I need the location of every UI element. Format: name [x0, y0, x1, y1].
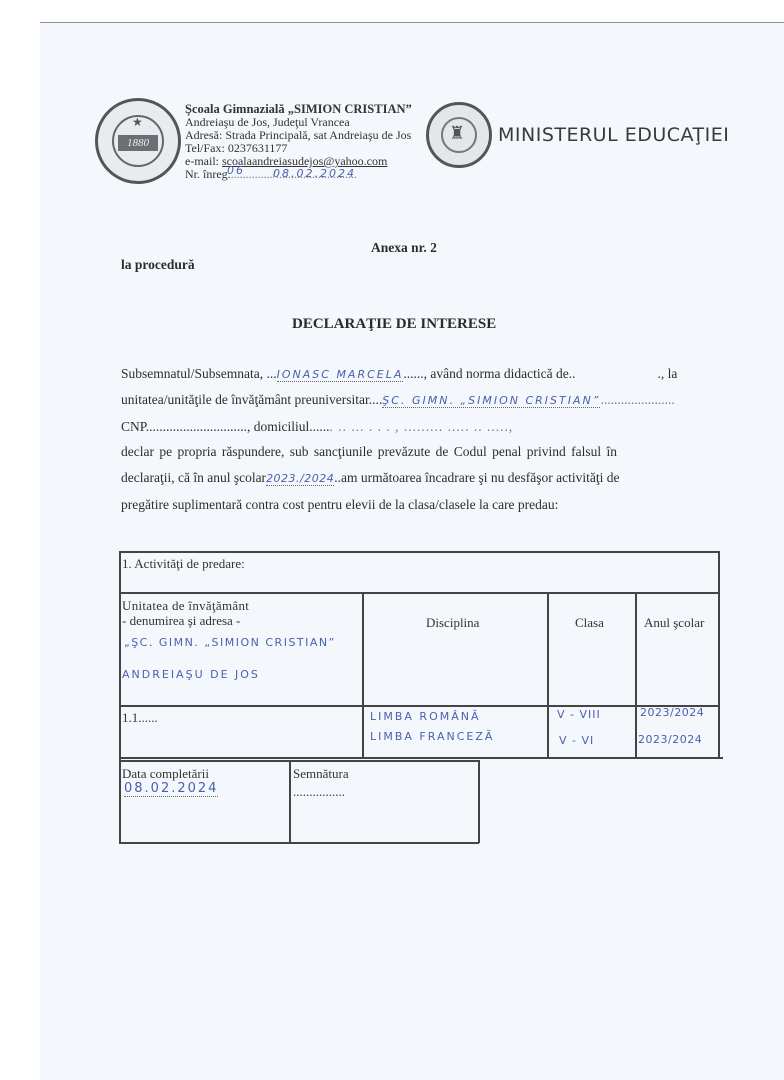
unit-address-handwritten: ANDREIAŞU DE JOS [122, 668, 260, 681]
table-border-bottom [119, 842, 479, 844]
declaration-text: Subsemnatul/Subsemnata, ... [121, 366, 277, 381]
teaching-unit: ŞC. GIMN. „SIMION CRISTIAN” [382, 394, 600, 408]
reg-label: Nr. înreg. [185, 167, 231, 181]
declaration-line-4: declar pe propria răspundere, sub sancţi… [121, 444, 617, 460]
declaration-line-3: CNP.............................., domic… [121, 419, 513, 435]
declaration-line-1: Subsemnatul/Subsemnata, ...IONASC MARCEL… [121, 366, 677, 382]
completion-date: 08.02.2024 [124, 781, 218, 797]
declarant-name: IONASC MARCELA [277, 368, 404, 382]
declaration-text: ..am următoarea încadrare şi nu desfăşor… [334, 470, 619, 485]
reg-number: 06 [227, 164, 245, 177]
column-header-unit: Unitatea de învăţământ - denumirea şi ad… [122, 598, 249, 628]
school-logo-year: 1880 [118, 135, 158, 151]
star-icon: ★ [132, 115, 143, 130]
school-year-cell: 2023/2024 [638, 733, 702, 746]
table-col-divider [547, 592, 549, 758]
table-border-right [718, 551, 720, 758]
school-header: Şcoala Gimnazială „SIMION CRISTIAN” Andr… [185, 103, 412, 181]
declaration-text: ., la [657, 366, 677, 381]
declaration-line-5: declaraţii, că în anul şcolar2023./2024.… [121, 470, 620, 486]
coat-of-arms-icon: ♜ [449, 123, 465, 144]
class: V - VI [559, 734, 594, 747]
page-title: DECLARAŢIE DE INTERESE [292, 316, 496, 333]
section-title: 1. Activităţi de predare: [122, 556, 245, 572]
signature-label: Semnătura [293, 766, 349, 782]
column-header-class: Clasa [575, 615, 604, 631]
government-logo: ♜ [426, 102, 492, 168]
ministry-name: MINISTERUL EDUCAŢIEI [498, 124, 729, 146]
table-col-divider [289, 760, 291, 843]
table-border [119, 592, 719, 594]
school-email-link[interactable]: scoalaandreiasudejos@yahoo.com [222, 154, 387, 168]
signature-field[interactable]: ................ [293, 784, 345, 800]
declaration-text: CNP.............................., domic… [121, 419, 330, 434]
column-header-unit-line: - denumirea şi adresa - [122, 613, 249, 628]
table-border [119, 705, 719, 707]
row-index: 1.1...... [122, 710, 158, 726]
declaration-line-6: pregătire suplimentară contra cost pentr… [121, 497, 558, 513]
table-col-divider [635, 592, 637, 758]
column-header-school-year: Anul şcolar [644, 615, 704, 631]
school-name: Şcoala Gimnazială „SIMION CRISTIAN” [185, 102, 412, 116]
table-border-right [478, 760, 480, 843]
declaration-line-2: unitatea/unităţile de învăţământ preuniv… [121, 392, 675, 408]
column-header-unit-line: Unitatea de învăţământ [122, 598, 249, 613]
table-border-left [119, 551, 121, 843]
table-border-top [119, 551, 719, 553]
email-label: e-mail: [185, 154, 222, 168]
school-year-cell: 2023/2024 [640, 706, 704, 719]
declaration-text: declaraţii, că în anul şcolar [121, 470, 266, 485]
subject: LIMBA ROMÂNĂ [370, 710, 481, 723]
declaration-text: ......, având norma didactică de.. [403, 366, 575, 381]
school-year: 2023./2024 [266, 472, 334, 486]
class: V - VIII [557, 708, 601, 721]
annex-procedure: la procedură [121, 257, 195, 273]
column-header-discipline: Disciplina [426, 615, 479, 631]
date-label: Data completării [122, 766, 209, 782]
annex-label: Anexa nr. 2 [371, 240, 437, 256]
table-col-divider [362, 592, 364, 758]
table-border [119, 757, 723, 759]
unit-name-handwritten: „ŞC. GIMN. „SIMION CRISTIAN” [124, 636, 336, 649]
subject: LIMBA FRANCEZĂ [370, 730, 494, 743]
table-border [119, 760, 479, 762]
school-logo: ★ 1880 [95, 98, 181, 184]
declaration-text: unitatea/unităţile de învăţământ preuniv… [121, 392, 382, 407]
reg-date: 08.02.2024 [273, 167, 356, 180]
